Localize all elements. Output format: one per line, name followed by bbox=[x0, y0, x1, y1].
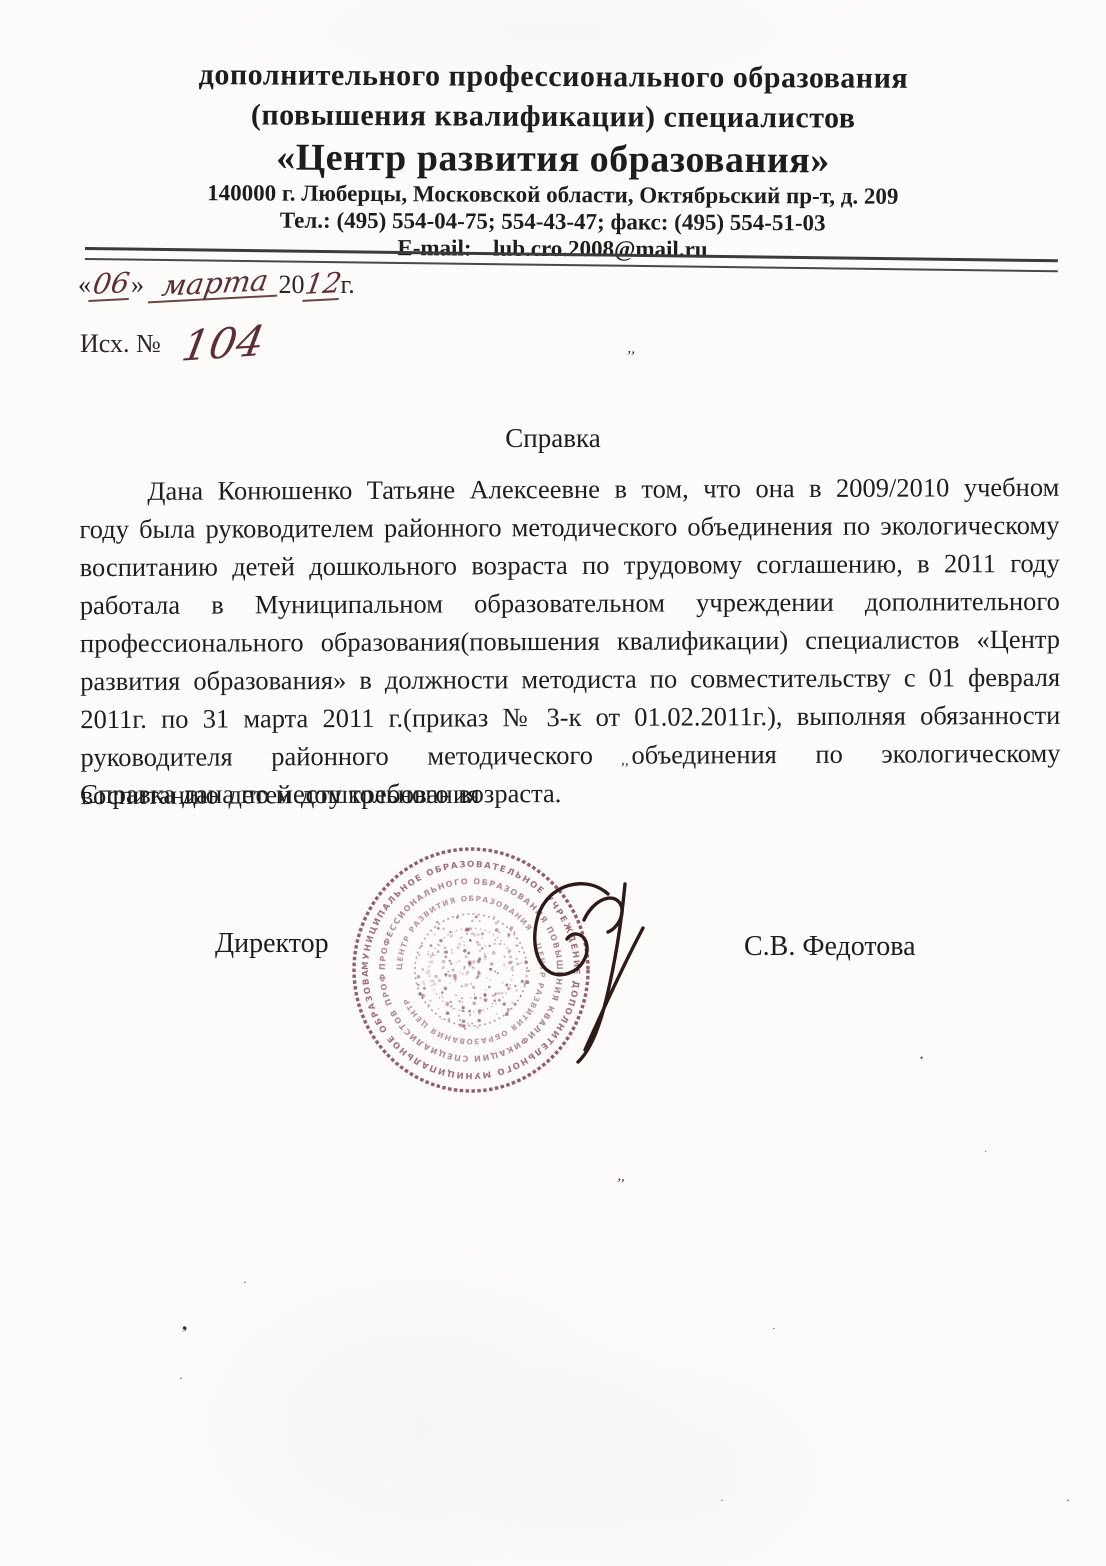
date-close-quote: » bbox=[131, 270, 144, 299]
outgoing-number-label: Исх. № bbox=[80, 329, 161, 358]
certificate-body-text: Дана Конюшенко Татьяне Алексеевне в том,… bbox=[79, 468, 1060, 814]
scan-speck: · bbox=[984, 1148, 987, 1158]
scan-speck: ❟ bbox=[182, 1318, 190, 1332]
signature-role-label: Директор bbox=[215, 928, 329, 960]
signature-ink-graphic bbox=[492, 872, 652, 1072]
scan-speck: • bbox=[920, 1054, 923, 1063]
letterhead: дополнительного профессионального образо… bbox=[0, 54, 1106, 265]
director-signature bbox=[492, 872, 652, 1072]
scan-speck: · bbox=[1066, 1494, 1070, 1506]
issued-for-line: Справка дана по месту требования bbox=[80, 779, 480, 810]
document-title: Справка bbox=[0, 423, 1106, 454]
signature-name-label: С.В. Федотова bbox=[744, 931, 916, 963]
scan-speck: · bbox=[720, 1494, 724, 1506]
handwritten-outgoing-number: 104 bbox=[179, 323, 267, 365]
handwritten-day: 06 bbox=[88, 268, 134, 302]
handwritten-month: марта bbox=[147, 265, 281, 304]
handwritten-year: 12 bbox=[302, 268, 343, 302]
scan-speck: ’’ bbox=[615, 1177, 626, 1192]
scan-speck: ’’ bbox=[625, 349, 636, 365]
organization-name: «Центр развития образования» bbox=[0, 134, 1106, 184]
date-year-prefix: 20 bbox=[279, 270, 305, 299]
letterhead-line-2: (повышения квалификации) специалистов bbox=[0, 94, 1106, 140]
date-line: «06» марта2012г. bbox=[78, 268, 355, 301]
scanned-certificate-page: дополнительного профессионального образо… bbox=[0, 0, 1106, 1566]
scan-speck: · bbox=[179, 1372, 183, 1384]
letterhead-line-1: дополнительного профессионального образо… bbox=[0, 54, 1106, 100]
scan-speck: · bbox=[243, 1276, 247, 1288]
scan-speck: · bbox=[772, 1324, 776, 1335]
outgoing-number-line: Исх. №104 bbox=[80, 326, 263, 362]
